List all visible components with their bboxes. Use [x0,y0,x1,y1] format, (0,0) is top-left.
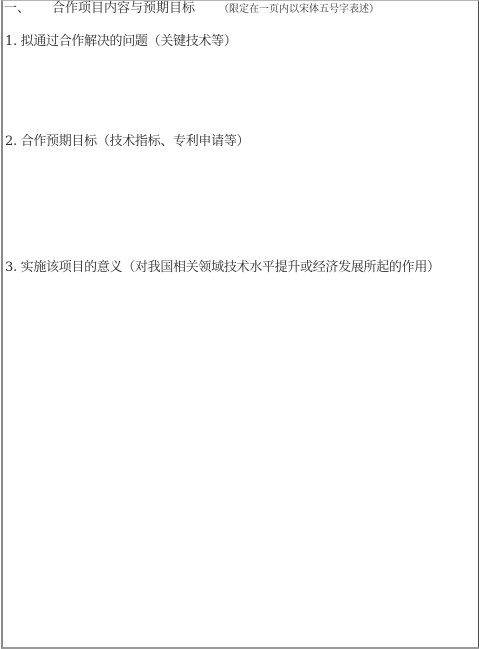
item-goals-label: 2. 合作预期目标（技术指标、专利申请等） [5,133,249,151]
item-problem-label: 1. 拟通过合作解决的问题（关键技术等） [5,33,237,51]
section-title: 合作项目内容与预期目标 [52,1,195,16]
form-table-cell [1,0,479,649]
section-number: 一、 [4,1,30,16]
item-significance-label: 3. 实施该项目的意义（对我国相关领域技术水平提升或经济发展所起的作用） [5,259,440,277]
section-heading: 一、合作项目内容与预期目标（限定在一页内以宋体五号字表述） [4,0,379,19]
section-note: （限定在一页内以宋体五号字表述） [219,4,379,15]
